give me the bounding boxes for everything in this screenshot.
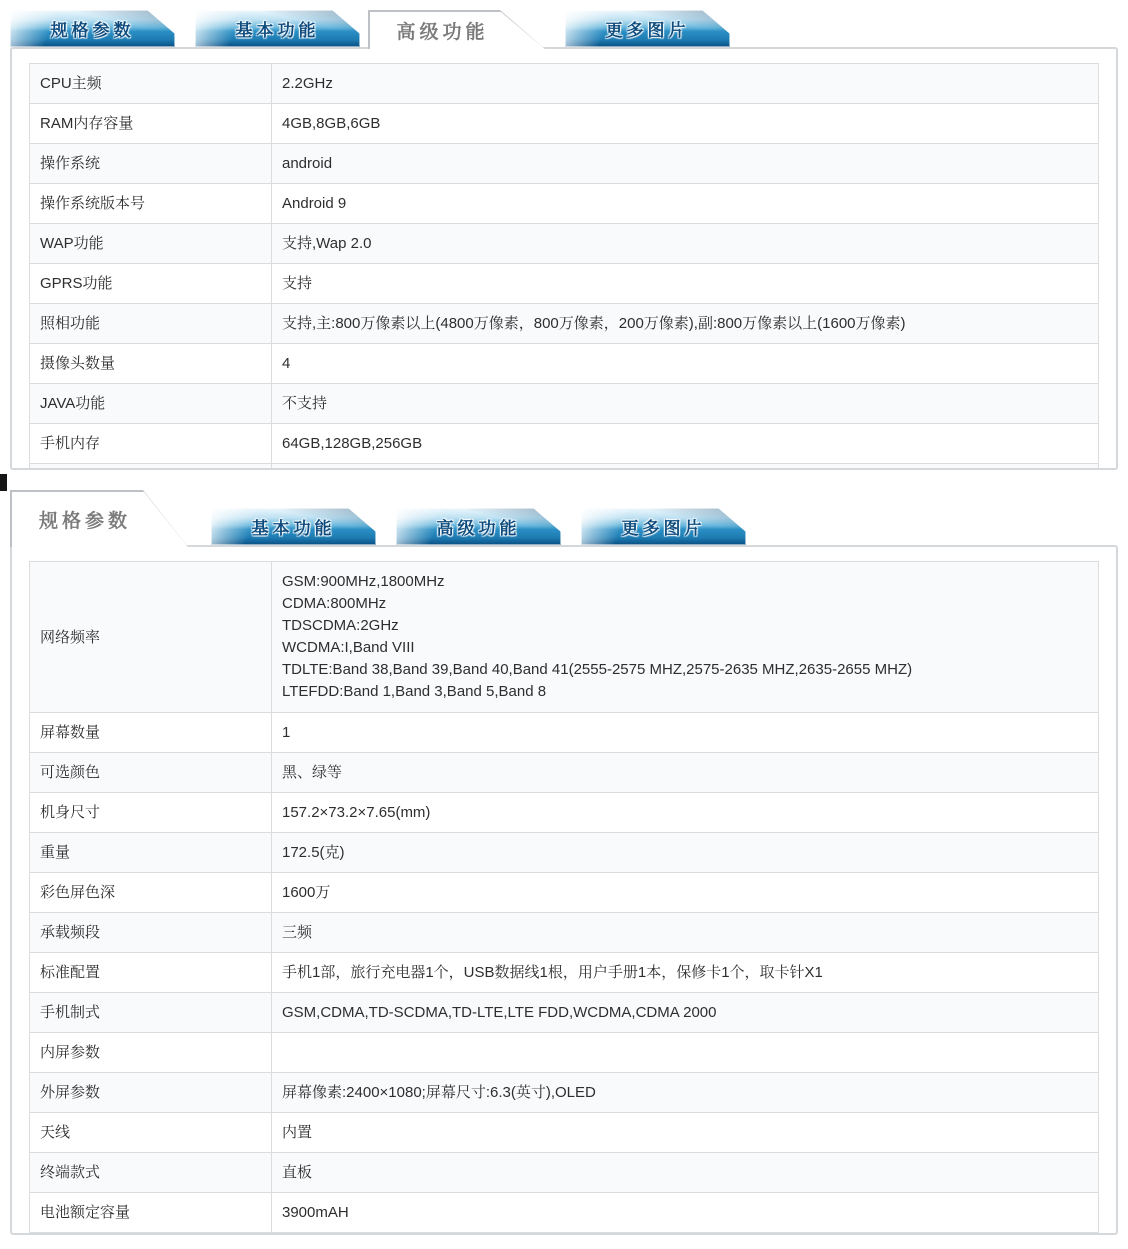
row-label: 摄像头数量 <box>30 344 272 384</box>
table-row: 终端款式 直板 <box>30 1153 1099 1193</box>
spec-page: 规格参数 基本功能 高级功能 更多图片 CPU主频 2.2GHz RAM内存容量… <box>0 0 1128 1235</box>
row-label: 终端款式 <box>30 1153 272 1193</box>
tab-more-images-label: 更多图片 <box>606 16 690 41</box>
row-label: CPU主频 <box>30 64 272 104</box>
table-row: JAVA功能 不支持 <box>30 384 1099 424</box>
tab-bar-section2: 规格参数 基本功能 高级功能 更多图片 <box>10 490 1118 545</box>
tab-advanced-functions-label: 高级功能 <box>437 514 521 539</box>
row-value: 172.5(克) <box>272 833 1099 873</box>
row-value: 64GB,128GB,256GB <box>272 424 1099 464</box>
row-label: 可选颜色 <box>30 753 272 793</box>
tab-advanced-functions-active[interactable]: 高级功能 <box>368 10 545 49</box>
network-frequency-line: TDLTE:Band 38,Band 39,Band 40,Band 41(25… <box>282 659 1090 681</box>
table-row: 操作系统 android <box>30 144 1099 184</box>
tab-basic-functions-label: 基本功能 <box>252 514 336 539</box>
network-frequency-line: WCDMA:I,Band VIII <box>282 637 1090 659</box>
row-label: 外屏参数 <box>30 1073 272 1113</box>
table-row: 手机内存 64GB,128GB,256GB <box>30 424 1099 464</box>
network-frequency-line: TDSCDMA:2GHz <box>282 615 1090 637</box>
tab-more-images[interactable]: 更多图片 <box>565 10 730 47</box>
row-label: 标准配置 <box>30 953 272 993</box>
row-value <box>272 464 1099 471</box>
row-value: 1600万 <box>272 873 1099 913</box>
row-value: android <box>272 144 1099 184</box>
row-label <box>30 464 272 471</box>
row-label: 天线 <box>30 1113 272 1153</box>
table-row: RAM内存容量 4GB,8GB,6GB <box>30 104 1099 144</box>
row-value: 不支持 <box>272 384 1099 424</box>
tab-more-images-label: 更多图片 <box>622 514 706 539</box>
row-label: 手机制式 <box>30 993 272 1033</box>
row-label: JAVA功能 <box>30 384 272 424</box>
screenshot-stitch-artifact <box>0 474 7 491</box>
network-frequency-line: GSM:900MHz,1800MHz <box>282 571 1090 593</box>
tab-specs-label: 规格参数 <box>39 506 131 533</box>
table-row: 可选颜色 黑、绿等 <box>30 753 1099 793</box>
advanced-functions-panel: CPU主频 2.2GHz RAM内存容量 4GB,8GB,6GB 操作系统 an… <box>10 47 1118 470</box>
table-row: 天线 内置 <box>30 1113 1099 1153</box>
row-label: RAM内存容量 <box>30 104 272 144</box>
tab-basic-functions[interactable]: 基本功能 <box>195 10 360 47</box>
row-label: 网络频率 <box>30 562 272 713</box>
table-row: 手机制式 GSM,CDMA,TD-SCDMA,TD-LTE,LTE FDD,WC… <box>30 993 1099 1033</box>
table-row-network-frequency: 网络频率 GSM:900MHz,1800MHz CDMA:800MHz TDSC… <box>30 562 1099 713</box>
table-row: 内屏参数 <box>30 1033 1099 1073</box>
tab-advanced-functions[interactable]: 高级功能 <box>396 508 561 545</box>
table-row: 重量 172.5(克) <box>30 833 1099 873</box>
table-row: WAP功能 支持,Wap 2.0 <box>30 224 1099 264</box>
row-label: WAP功能 <box>30 224 272 264</box>
row-value: 直板 <box>272 1153 1099 1193</box>
row-value: 屏幕像素:2400×1080;屏幕尺寸:6.3(英寸),OLED <box>272 1073 1099 1113</box>
table-row: 承载频段 三频 <box>30 913 1099 953</box>
row-value: 157.2×73.2×7.65(mm) <box>272 793 1099 833</box>
row-label: 屏幕数量 <box>30 713 272 753</box>
table-row: 屏幕数量 1 <box>30 713 1099 753</box>
network-frequency-line: LTEFDD:Band 1,Band 3,Band 5,Band 8 <box>282 681 1090 703</box>
table-row: 摄像头数量 4 <box>30 344 1099 384</box>
table-row: 标准配置 手机1部，旅行充电器1个，USB数据线1根，用户手册1本，保修卡1个，… <box>30 953 1099 993</box>
tab-advanced-functions-label: 高级功能 <box>396 17 488 44</box>
table-row: 外屏参数 屏幕像素:2400×1080;屏幕尺寸:6.3(英寸),OLED <box>30 1073 1099 1113</box>
table-row: 电池额定容量 3900mAH <box>30 1193 1099 1233</box>
row-label: 彩色屏色深 <box>30 873 272 913</box>
tab-bar-section1: 规格参数 基本功能 高级功能 更多图片 <box>10 10 1118 47</box>
row-label: 手机内存 <box>30 424 272 464</box>
table-row: 彩色屏色深 1600万 <box>30 873 1099 913</box>
row-label: 内屏参数 <box>30 1033 272 1073</box>
table-row: GPRS功能 支持 <box>30 264 1099 304</box>
specs-panel: 网络频率 GSM:900MHz,1800MHz CDMA:800MHz TDSC… <box>10 545 1118 1235</box>
tab-basic-functions-label: 基本功能 <box>236 16 320 41</box>
network-frequency-line: CDMA:800MHz <box>282 593 1090 615</box>
table-row: 操作系统版本号 Android 9 <box>30 184 1099 224</box>
table-row: 照相功能 支持,主:800万像素以上(4800万像素，800万像素，200万像素… <box>30 304 1099 344</box>
row-value: 2.2GHz <box>272 64 1099 104</box>
row-value <box>272 1033 1099 1073</box>
row-value: 3900mAH <box>272 1193 1099 1233</box>
specs-table: 网络频率 GSM:900MHz,1800MHz CDMA:800MHz TDSC… <box>29 561 1099 1233</box>
row-value: 支持,Wap 2.0 <box>272 224 1099 264</box>
row-value: GSM,CDMA,TD-SCDMA,TD-LTE,LTE FDD,WCDMA,C… <box>272 993 1099 1033</box>
row-label: 承载频段 <box>30 913 272 953</box>
row-value: 1 <box>272 713 1099 753</box>
row-value: 三频 <box>272 913 1099 953</box>
row-label: 电池额定容量 <box>30 1193 272 1233</box>
tab-more-images[interactable]: 更多图片 <box>581 508 746 545</box>
tab-basic-functions[interactable]: 基本功能 <box>211 508 376 545</box>
table-row: CPU主频 2.2GHz <box>30 64 1099 104</box>
row-value: 手机1部，旅行充电器1个，USB数据线1根，用户手册1本，保修卡1个，取卡针X1 <box>272 953 1099 993</box>
row-label: 操作系统版本号 <box>30 184 272 224</box>
tab-specs-label: 规格参数 <box>51 16 135 41</box>
row-value: 4 <box>272 344 1099 384</box>
row-value: 支持 <box>272 264 1099 304</box>
row-label: 机身尺寸 <box>30 793 272 833</box>
tab-specs-active[interactable]: 规格参数 <box>10 490 188 547</box>
row-label: 照相功能 <box>30 304 272 344</box>
row-label: GPRS功能 <box>30 264 272 304</box>
row-value: 支持,主:800万像素以上(4800万像素，800万像素，200万像素),副:8… <box>272 304 1099 344</box>
table-row: 机身尺寸 157.2×73.2×7.65(mm) <box>30 793 1099 833</box>
table-row-cropped <box>30 464 1099 471</box>
row-label: 重量 <box>30 833 272 873</box>
tab-specs[interactable]: 规格参数 <box>10 10 175 47</box>
advanced-functions-table: CPU主频 2.2GHz RAM内存容量 4GB,8GB,6GB 操作系统 an… <box>29 63 1099 470</box>
row-value: 4GB,8GB,6GB <box>272 104 1099 144</box>
row-label: 操作系统 <box>30 144 272 184</box>
row-value: 黑、绿等 <box>272 753 1099 793</box>
row-value: 内置 <box>272 1113 1099 1153</box>
row-value: Android 9 <box>272 184 1099 224</box>
row-value: GSM:900MHz,1800MHz CDMA:800MHz TDSCDMA:2… <box>272 562 1099 713</box>
